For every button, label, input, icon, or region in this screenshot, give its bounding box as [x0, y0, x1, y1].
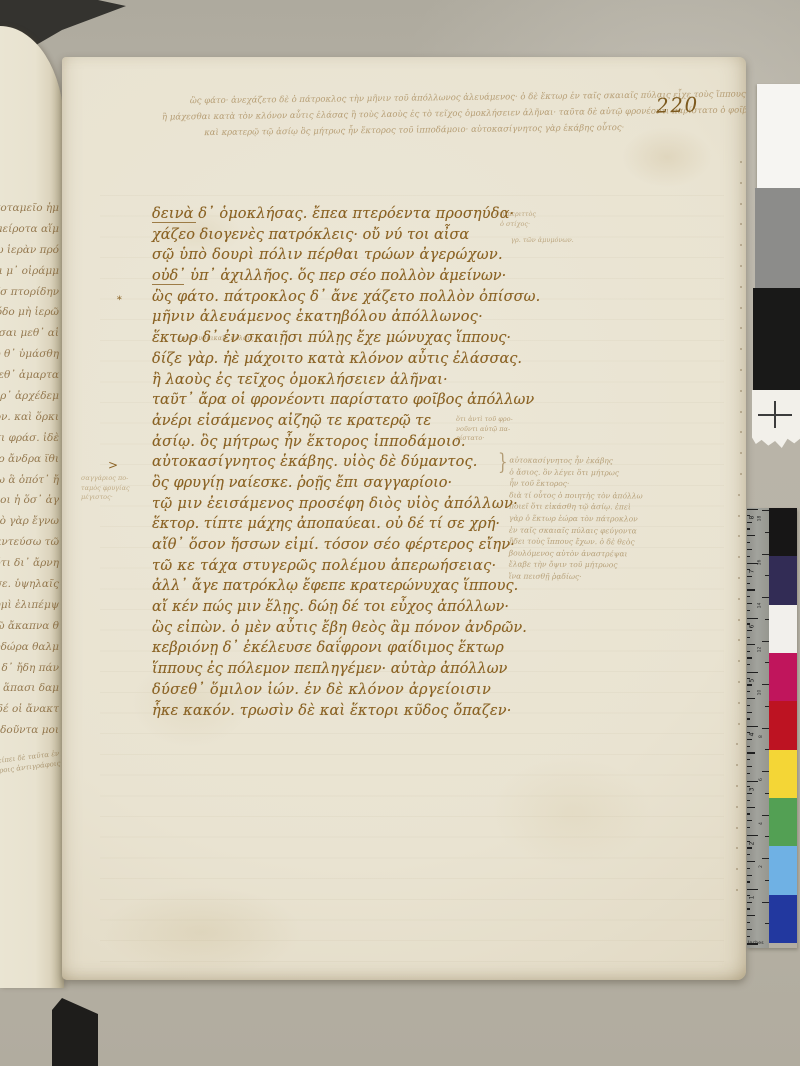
facing-page-line: μαντεύσω τῶ [0, 532, 59, 553]
ruler-minor-tick [747, 902, 752, 903]
ruler-inch-tick [747, 835, 758, 836]
pricking-hole [738, 702, 740, 704]
margin-note-line: ὅτι ἀντὶ τοῦ φρο- [456, 415, 513, 425]
ruler-cm-number: 16 [758, 559, 763, 565]
ruler-minor-tick [747, 766, 752, 767]
verse-line: ἵππους ἐς πόλεμον πεπληγέμεν· αὐτὰρ ἀπόλ… [152, 659, 582, 680]
ruler-minor-tick [747, 569, 750, 570]
ruler-minor-tick [747, 678, 750, 679]
ruler-minor-tick [747, 929, 752, 930]
ruler-minor-tick [747, 868, 750, 869]
margin-note-line: ἔλαβε τὴν ὄψιν τοῦ μήτρωος [509, 559, 643, 572]
facing-page-line: ἀμείροτα αἵμ [0, 219, 59, 240]
ruler-minor-tick [747, 684, 752, 685]
verse-line: οὐδ᾽ ὑπ᾽ ἀχιλλῆος. ὅς περ σέο πολλὸν ἀμε… [152, 266, 582, 287]
pricking-hole [736, 743, 738, 745]
ruler-minor-tick [747, 875, 752, 876]
pricking-hole [738, 660, 740, 662]
ruler-minor-tick [747, 589, 755, 590]
margin-note-line: νοῦντι αὐτῷ πα- [456, 425, 513, 435]
margin-note-right-mid: ὅτι ἀντὶ τοῦ φρο-νοῦντι αὐτῷ πα-ρίστατο· [456, 415, 513, 444]
ruler-minor-tick [747, 759, 750, 760]
margin-note-line: αὐτοκασίγνητος ἦν ἑκάβης [509, 455, 643, 468]
facing-page-line: σι φράσ. ἰδὲ [0, 428, 59, 449]
underline-mark [152, 284, 184, 285]
color-patch-red [769, 701, 797, 749]
facing-page-line: θην ἅπασι δαμ [0, 678, 59, 699]
color-patch-black [769, 508, 797, 556]
ruler-cm-tick [762, 815, 769, 816]
margin-note-line: ταμὸς φρυγίας [81, 484, 145, 494]
pricking-hole [738, 535, 740, 537]
verse-line: αἴ κέν πώς μιν ἕλῃς. δώῃ δέ τοι εὖχος ἀπ… [152, 597, 582, 618]
facing-page-line: δε. ἴσαι μεθ᾽ αἱ [0, 323, 59, 344]
ruler-minor-tick [747, 936, 750, 937]
margin-note-right-large: αὐτοκασίγνητος ἦν ἑκάβηςὁ ἄσιος. ὃν λέγε… [509, 455, 644, 583]
ruler-cm-tick [762, 684, 769, 685]
ruler-minor-tick [747, 786, 750, 787]
cross-mark-vertical [774, 401, 776, 428]
ruler-minor-tick [747, 908, 750, 909]
pricking-holes-column [736, 161, 744, 941]
ruler-cm-tick [762, 728, 769, 729]
calibration-black-card [753, 288, 800, 390]
ruler-minor-tick [747, 739, 752, 740]
ruler-minor-tick [747, 773, 750, 774]
pricking-hole [740, 265, 742, 267]
ruler-minor-tick [747, 583, 750, 584]
verse-line: ὣς εἰπὼν. ὁ μὲν αὖτις ἔβη θεὸς ἂμ πόνον … [152, 618, 582, 639]
ruler-minor-tick [747, 630, 752, 631]
pricking-hole [738, 639, 740, 641]
ruler-cm-number: 18 [758, 516, 763, 522]
pricking-hole [736, 806, 738, 808]
ruler-minor-tick [747, 528, 750, 529]
margin-note-line: σαγγάριος πο- [81, 474, 145, 484]
color-patch-navy [769, 556, 797, 604]
facing-page-line: ρσι δοῦντα μοι [0, 720, 59, 741]
pricking-hole [740, 307, 742, 309]
facing-page-line: ὢ θ᾽ ὑμάσθη [0, 344, 59, 365]
ruler-minor-tick [747, 522, 752, 523]
ruler-minor-tick [747, 515, 750, 516]
ruler-minor-tick [747, 637, 750, 638]
margin-note-line: ὁ ἄσιος. ὃν λέγει ὅτι μήτρως [509, 466, 643, 479]
ruler-cm-number: 6 [759, 778, 764, 781]
facing-page-text-fragments: ποταμεῖο ἡμἀμείροτα αἵμω ἱερὰν πρόπι μ᾽ … [0, 198, 59, 741]
ruler-minor-tick [747, 746, 750, 747]
facing-page-line: λῶ ἄκαπνα θ [0, 616, 59, 637]
ruler-minor-tick [747, 793, 752, 794]
ruler-minor-tick [747, 752, 755, 753]
ruler-minor-tick [747, 861, 755, 862]
facing-page-line: ρον. καὶ ὅρκι [0, 407, 59, 428]
ruler-minor-tick [747, 895, 750, 896]
ruler-minor-tick [747, 827, 750, 828]
ruler-and-color-bar: Inches 8765432118161412108642 [747, 508, 797, 948]
ruler-cm-number: 14 [758, 603, 763, 609]
ruler-minor-tick [747, 698, 755, 699]
color-patch-white [769, 605, 797, 653]
facing-page-line: ω ἱερὰν πρό [0, 240, 59, 261]
color-patch-strip [769, 508, 797, 943]
critical-sign-asterisk: ∗ [116, 293, 123, 304]
color-patch-yellow [769, 750, 797, 798]
pricking-hole [740, 369, 742, 371]
margin-note-line: βουλόμενος αὐτὸν ἀναστρέψαι [509, 547, 643, 560]
verse-line: ἀσίῳ. ὃς μήτρως ἦν ἕκτορος ἱπποδάμοιο. [152, 432, 582, 453]
facing-page-line: πι μ᾽ οἰράμμ [0, 261, 59, 282]
ruler-minor-tick [747, 841, 750, 842]
verse-line: ταῦτ᾽ ἄρα οἱ φρονέοντι παρίστατο φοῖβος … [152, 390, 582, 411]
margin-note-line: ὁ στίχος· [500, 219, 574, 229]
margin-note-line: ἐν ταῖς σκαιαῖς πύλαις φεύγοντα [509, 524, 643, 537]
verse-line: κεβριόνῃ δ᾽ ἐκέλευσε δαΐφρονι φαίδιμος ἕ… [152, 638, 582, 659]
facing-page-line: ψω ἃ ὁπότ᾽ ἤ [0, 470, 59, 491]
ruler-minor-tick [747, 535, 755, 536]
margin-note-line: διὰ τί οὗτος ὁ ποιητὴς τὸν ἀπόλλω [509, 489, 643, 502]
margin-note-right-top: ὅτι περιττὸςὁ στίχος·γρ. τῶν ἀμυμόνων. [495, 209, 574, 245]
facing-page-line: έθ μοι ἡ ὅσ᾽ ἀγ [0, 490, 59, 511]
margin-note-line: ἵνα πεισθῇ ῥᾳδίως· [509, 570, 643, 583]
facing-page-line: φημὶ ἑλιπέμψ [0, 595, 59, 616]
pricking-hole [738, 619, 740, 621]
margin-note-line: γρ. τῶν ἀμυμόνων. [511, 235, 574, 245]
pricking-hole [740, 411, 742, 413]
ruler-minor-tick [747, 603, 752, 604]
facing-page-footer-note: λείπει δὲ ταῦτα ἐνἑτέροις ἀντιγράφοις [0, 748, 61, 775]
verse-line: δύσεθ᾽ ὅμιλον ἰών. ἐν δὲ κλόνον ἀργείοισ… [152, 680, 582, 701]
verse-line: σῷ ὑπὸ δουρὶ πόλιν πέρθαι τρώων ἀγερώχων… [152, 245, 582, 266]
ruler-minor-tick [747, 813, 750, 814]
pricking-hole [736, 827, 738, 829]
interlinear-gloss: ταῖς δυσμικαῖς πύλαις [178, 335, 254, 342]
facing-page-line: ανδώρα θαλμ [0, 637, 59, 658]
margin-note-line: μέγιστος· [81, 493, 145, 503]
inch-ruler: Inches 8765432118161412108642 [747, 508, 769, 948]
ruler-inch-tick [747, 563, 758, 564]
margin-note-line: γὰρ ὁ ἕκτωρ ἑώρα τὸν πάτροκλον [509, 513, 643, 526]
pricking-hole [738, 598, 740, 600]
color-patch-magenta [769, 653, 797, 701]
ruler-inch-tick [747, 618, 758, 619]
pricking-hole [740, 223, 742, 225]
ruler-minor-tick [747, 664, 750, 665]
facing-page-line: σοὶ δ᾽ ἤδη πάν [0, 658, 59, 679]
margin-note-line: ἦν τοῦ ἕκτορος· [509, 478, 643, 491]
parchment-stain [622, 127, 712, 187]
color-patch-green [769, 798, 797, 846]
ruler-minor-tick [747, 732, 750, 733]
ruler-minor-tick [747, 651, 750, 652]
margin-note-bracket: } [498, 449, 508, 476]
registration-cross-card [752, 390, 800, 448]
ruler-minor-tick [747, 596, 750, 597]
ruler-cm-tick [762, 641, 769, 642]
ruler-cm-number: 4 [759, 822, 764, 825]
ruler-minor-tick [747, 644, 755, 645]
ruler-minor-tick [747, 542, 750, 543]
ruler-minor-tick [747, 549, 752, 550]
ruler-minor-tick [747, 691, 750, 692]
ruler-cm-tick [762, 902, 769, 903]
ruler-minor-tick [747, 705, 750, 706]
pricking-hole [740, 390, 742, 392]
verse-line: ἢ λαοὺς ἐς τεῖχος ὁμοκλήσειεν ἀλῆναι· [152, 370, 582, 391]
pricking-hole [736, 764, 738, 766]
ruler-minor-tick [747, 712, 752, 713]
facing-page-line: ω δέ οἱ ἄνακτ [0, 699, 59, 720]
pricking-hole [738, 515, 740, 517]
ruler-minor-tick [747, 718, 750, 719]
pricking-hole [738, 494, 740, 496]
pricking-hole [740, 348, 742, 350]
ruler-minor-tick [747, 847, 752, 848]
ruler-inch-tick [747, 726, 758, 727]
calibration-gray-card [755, 188, 800, 288]
ruler-inch-tick [747, 889, 758, 890]
ruler-cm-tick [762, 597, 769, 598]
ruler-cm-tick [762, 858, 769, 859]
ruler-inch-tick [747, 509, 758, 510]
verse-line: δίζε γὰρ. ἠὲ μάχοιτο κατὰ κλόνον αὖτις ἐ… [152, 349, 582, 370]
facing-page-line: ιω μεθ᾽ ἁμαρτα [0, 365, 59, 386]
verse-line: ὣς φάτο. πάτροκλος δ᾽ ἄνε χάζετο πολλὸν … [152, 287, 582, 308]
pricking-hole [738, 577, 740, 579]
ruler-minor-tick [747, 922, 750, 923]
facing-page-edge: ποταμεῖο ἡμἀμείροτα αἵμω ἱερὰν πρόπι μ᾽ … [0, 26, 64, 988]
ruler-cm-number: 2 [759, 865, 764, 868]
facing-page-line: ὡς ὅτι δι᾽ ἄρνη [0, 553, 59, 574]
pricking-hole [740, 327, 742, 329]
ruler-cm-tick [762, 554, 769, 555]
ruler-inch-tick [747, 781, 758, 782]
ruler-minor-tick [747, 854, 750, 855]
ruler-minor-tick [747, 881, 750, 882]
ruler-minor-tick [747, 576, 752, 577]
pricking-hole [740, 431, 742, 433]
margin-note-line: ρίστατο· [456, 434, 513, 444]
pricking-hole [740, 286, 742, 288]
ruler-minor-tick [747, 657, 752, 658]
facing-page-line: αρ᾽ ἀρχέδεμ [0, 386, 59, 407]
ruler-cm-number: 8 [759, 735, 764, 738]
critical-sign-diple: > [108, 458, 118, 472]
verse-line: μῆνιν ἀλευάμενος ἑκατηβόλου ἀπόλλωνος· [152, 307, 582, 328]
facing-page-line: ωο ἄνδρα ϊθι [0, 449, 59, 470]
folio-number: 220 [656, 92, 699, 117]
ruler-minor-tick [747, 820, 752, 821]
pricking-hole [740, 473, 742, 475]
pricking-hole [740, 182, 742, 184]
ruler-cm-number: 12 [758, 646, 763, 652]
pricking-hole [738, 723, 740, 725]
ruler-minor-tick [747, 623, 750, 624]
pricking-hole [738, 556, 740, 558]
color-patch-light-blue [769, 846, 797, 894]
pricking-hole [736, 847, 738, 849]
pricking-hole [740, 244, 742, 246]
manuscript-page: ὣς φάτο· ἀνεχάζετο δὲ ὁ πάτροκλος τὴν μῆ… [62, 57, 746, 980]
pricking-hole [736, 785, 738, 787]
calibration-white-card [757, 84, 800, 188]
ruler-minor-tick [747, 556, 750, 557]
ruler-minor-tick [747, 800, 750, 801]
pricking-hole [736, 889, 738, 891]
pricking-hole [738, 681, 740, 683]
dark-backdrop-bottom-left [52, 998, 98, 1066]
ruler-cm-tick [762, 510, 769, 511]
margin-note-line: ποιεῖ ὅτι εἰκάσθη τῷ ἀσίῳ. ἐπεὶ [509, 501, 643, 514]
margin-note-line: ὅτι περιττὸς [495, 209, 574, 219]
margin-note-left: σαγγάριος πο-ταμὸς φρυγίαςμέγιστος· [81, 474, 145, 503]
facing-page-line: Ησ πτορίδην [0, 282, 59, 303]
ruler-cm-number: 10 [758, 690, 763, 696]
pricking-hole [740, 203, 742, 205]
ruler-inch-tick [747, 943, 758, 944]
underline-mark [152, 222, 196, 223]
ruler-inch-tick [747, 672, 758, 673]
manuscript-photo-scene: ποταμεῖο ἡμἀμείροτα αἵμω ἱερὰν πρόπι μ᾽ … [0, 0, 800, 1066]
facing-page-line: πρὸ γὰρ ἔγνω [0, 511, 59, 532]
pricking-hole [736, 868, 738, 870]
facing-page-line: μόδο μὴ ἱερῶ [0, 302, 59, 323]
pricking-hole [740, 161, 742, 163]
ruler-minor-tick [747, 915, 755, 916]
pricking-hole [740, 452, 742, 454]
color-patch-dark-blue [769, 895, 797, 943]
verse-line: ἀνέρι εἰσάμενος αἰζηῷ τε κρατερῷ τε [152, 411, 582, 432]
ruler-cm-tick [762, 771, 769, 772]
margin-note-line: ᾔδει τοὺς ἵππους ἔχων. ὁ δὲ θεὸς [509, 536, 643, 549]
facing-page-line: ποταμεῖο ἡμ [0, 198, 59, 219]
facing-page-line: όσε. ὑψηλαῖς [0, 574, 59, 595]
ruler-minor-tick [747, 610, 750, 611]
ruler-minor-tick [747, 807, 755, 808]
verse-line: ἧκε κακόν. τρωσὶν δὲ καὶ ἕκτορι κῦδος ὄπ… [152, 701, 582, 722]
